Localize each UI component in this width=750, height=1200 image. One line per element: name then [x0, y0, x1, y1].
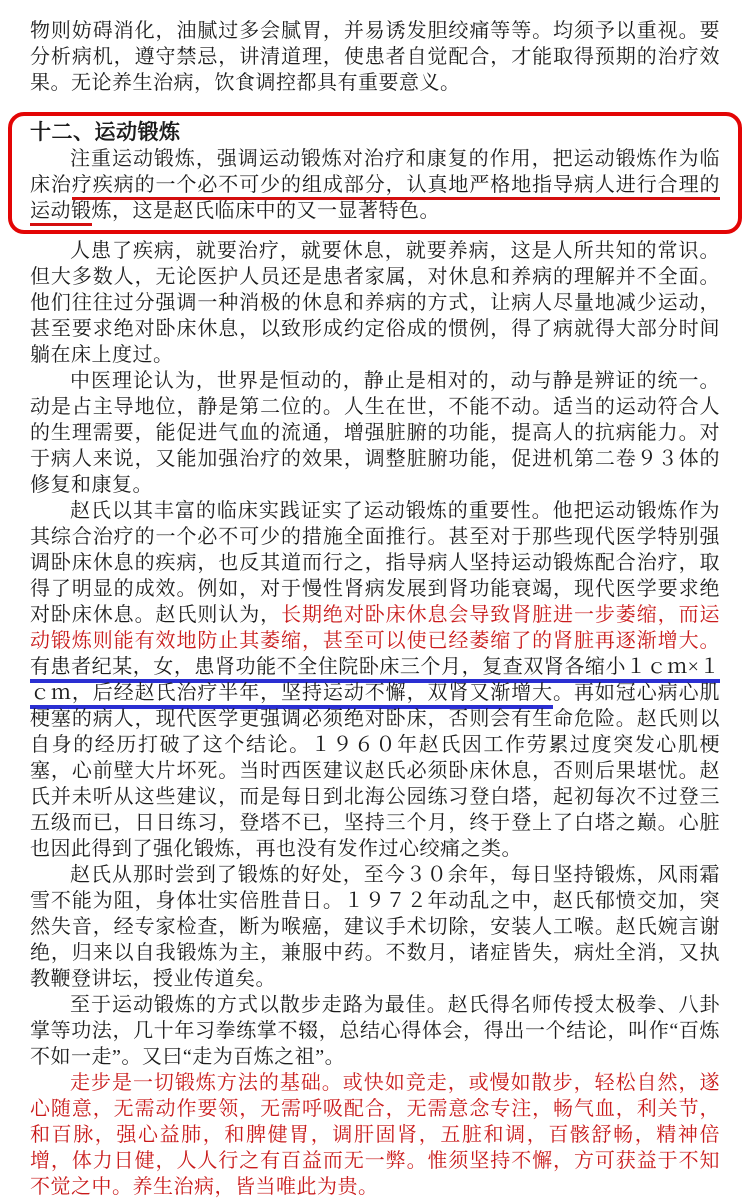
- text-run-red-underline: 疗疾病的一个必不可少的组成部分，: [72, 174, 407, 200]
- section-heading: 十二、运动锻炼: [30, 118, 720, 146]
- text-run-normal: 。再如冠心病心肌梗塞的病人，现代医学更强调必须绝对卧床，否则会有生命危险。赵氏则…: [30, 682, 720, 860]
- body-paragraph: 中医理论认为，世界是恒动的，静止是相对的，动与静是辨证的统一。动是占主导地位，静…: [30, 368, 720, 498]
- body-paragraph: 赵氏以其丰富的临床实践证实了运动锻炼的重要性。他把运动锻炼作为其综合治疗的一个必…: [30, 498, 720, 862]
- body-paragraphs-container: 人患了疾病，就要治疗，就要休息，就要养病，这是人所共知的常识。但大多数人，无论医…: [30, 238, 720, 1200]
- text-run-normal: 至于运动锻炼的方式以散步走路为最佳。赵氏得名师传授太极拳、八卦掌等功法，几十年习…: [30, 994, 720, 1068]
- text-run-normal: 炼，这是赵氏临床中的又一显著特色。: [92, 200, 441, 222]
- text-run-normal: 中医理论认为，世界是恒动的，静止是相对的，动与静是辨证的统一。动是占主导地位，静…: [30, 370, 720, 496]
- text-run-red: 走步是一切锻炼方法的基础。或快如竞走，或慢如散步，轻松自然，遂心随意，无需动作要…: [30, 1072, 720, 1198]
- text-run-normal: 物则妨碍消化，油腻过多会腻胃，并易诱发胆绞痛等等。均须予以重视。要分析病机，遵守…: [30, 20, 720, 94]
- body-paragraph: 赵氏从那时尝到了锻炼的好处，至今３０余年，每日坚持锻炼，风雨霜雪不能为阻，身体壮…: [30, 862, 720, 992]
- body-paragraph: 走步是一切锻炼方法的基础。或快如竞走，或慢如散步，轻松自然，遂心随意，无需动作要…: [30, 1070, 720, 1200]
- text-run-normal: 人患了疾病，就要治疗，就要休息，就要养病，这是人所共知的常识。但大多数人，无论医…: [30, 240, 720, 366]
- text-run-normal: 赵氏从那时尝到了锻炼的好处，至今３０余年，每日坚持锻炼，风雨霜雪不能为阻，身体壮…: [30, 864, 720, 990]
- boxed-paragraph-container: 注重运动锻炼，强调运动锻炼对治疗和康复的作用，把运动锻炼作为临床治疗疾病的一个必…: [30, 146, 720, 224]
- intro-paragraph-container: 物则妨碍消化，油腻过多会腻胃，并易诱发胆绞痛等等。均须予以重视。要分析病机，遵守…: [30, 18, 720, 96]
- body-paragraph: 注重运动锻炼，强调运动锻炼对治疗和康复的作用，把运动锻炼作为临床治疗疾病的一个必…: [30, 146, 720, 224]
- body-paragraph: 至于运动锻炼的方式以散步走路为最佳。赵氏得名师传授太极拳、八卦掌等功法，几十年习…: [30, 992, 720, 1070]
- body-paragraph: 人患了疾病，就要治疗，就要休息，就要养病，这是人所共知的常识。但大多数人，无论医…: [30, 238, 720, 368]
- body-paragraph: 物则妨碍消化，油腻过多会腻胃，并易诱发胆绞痛等等。均须予以重视。要分析病机，遵守…: [30, 18, 720, 96]
- red-highlight-box: 十二、运动锻炼 注重运动锻炼，强调运动锻炼对治疗和康复的作用，把运动锻炼作为临床…: [8, 112, 742, 234]
- document-page: 物则妨碍消化，油腻过多会腻胃，并易诱发胆绞痛等等。均须予以重视。要分析病机，遵守…: [0, 0, 750, 1200]
